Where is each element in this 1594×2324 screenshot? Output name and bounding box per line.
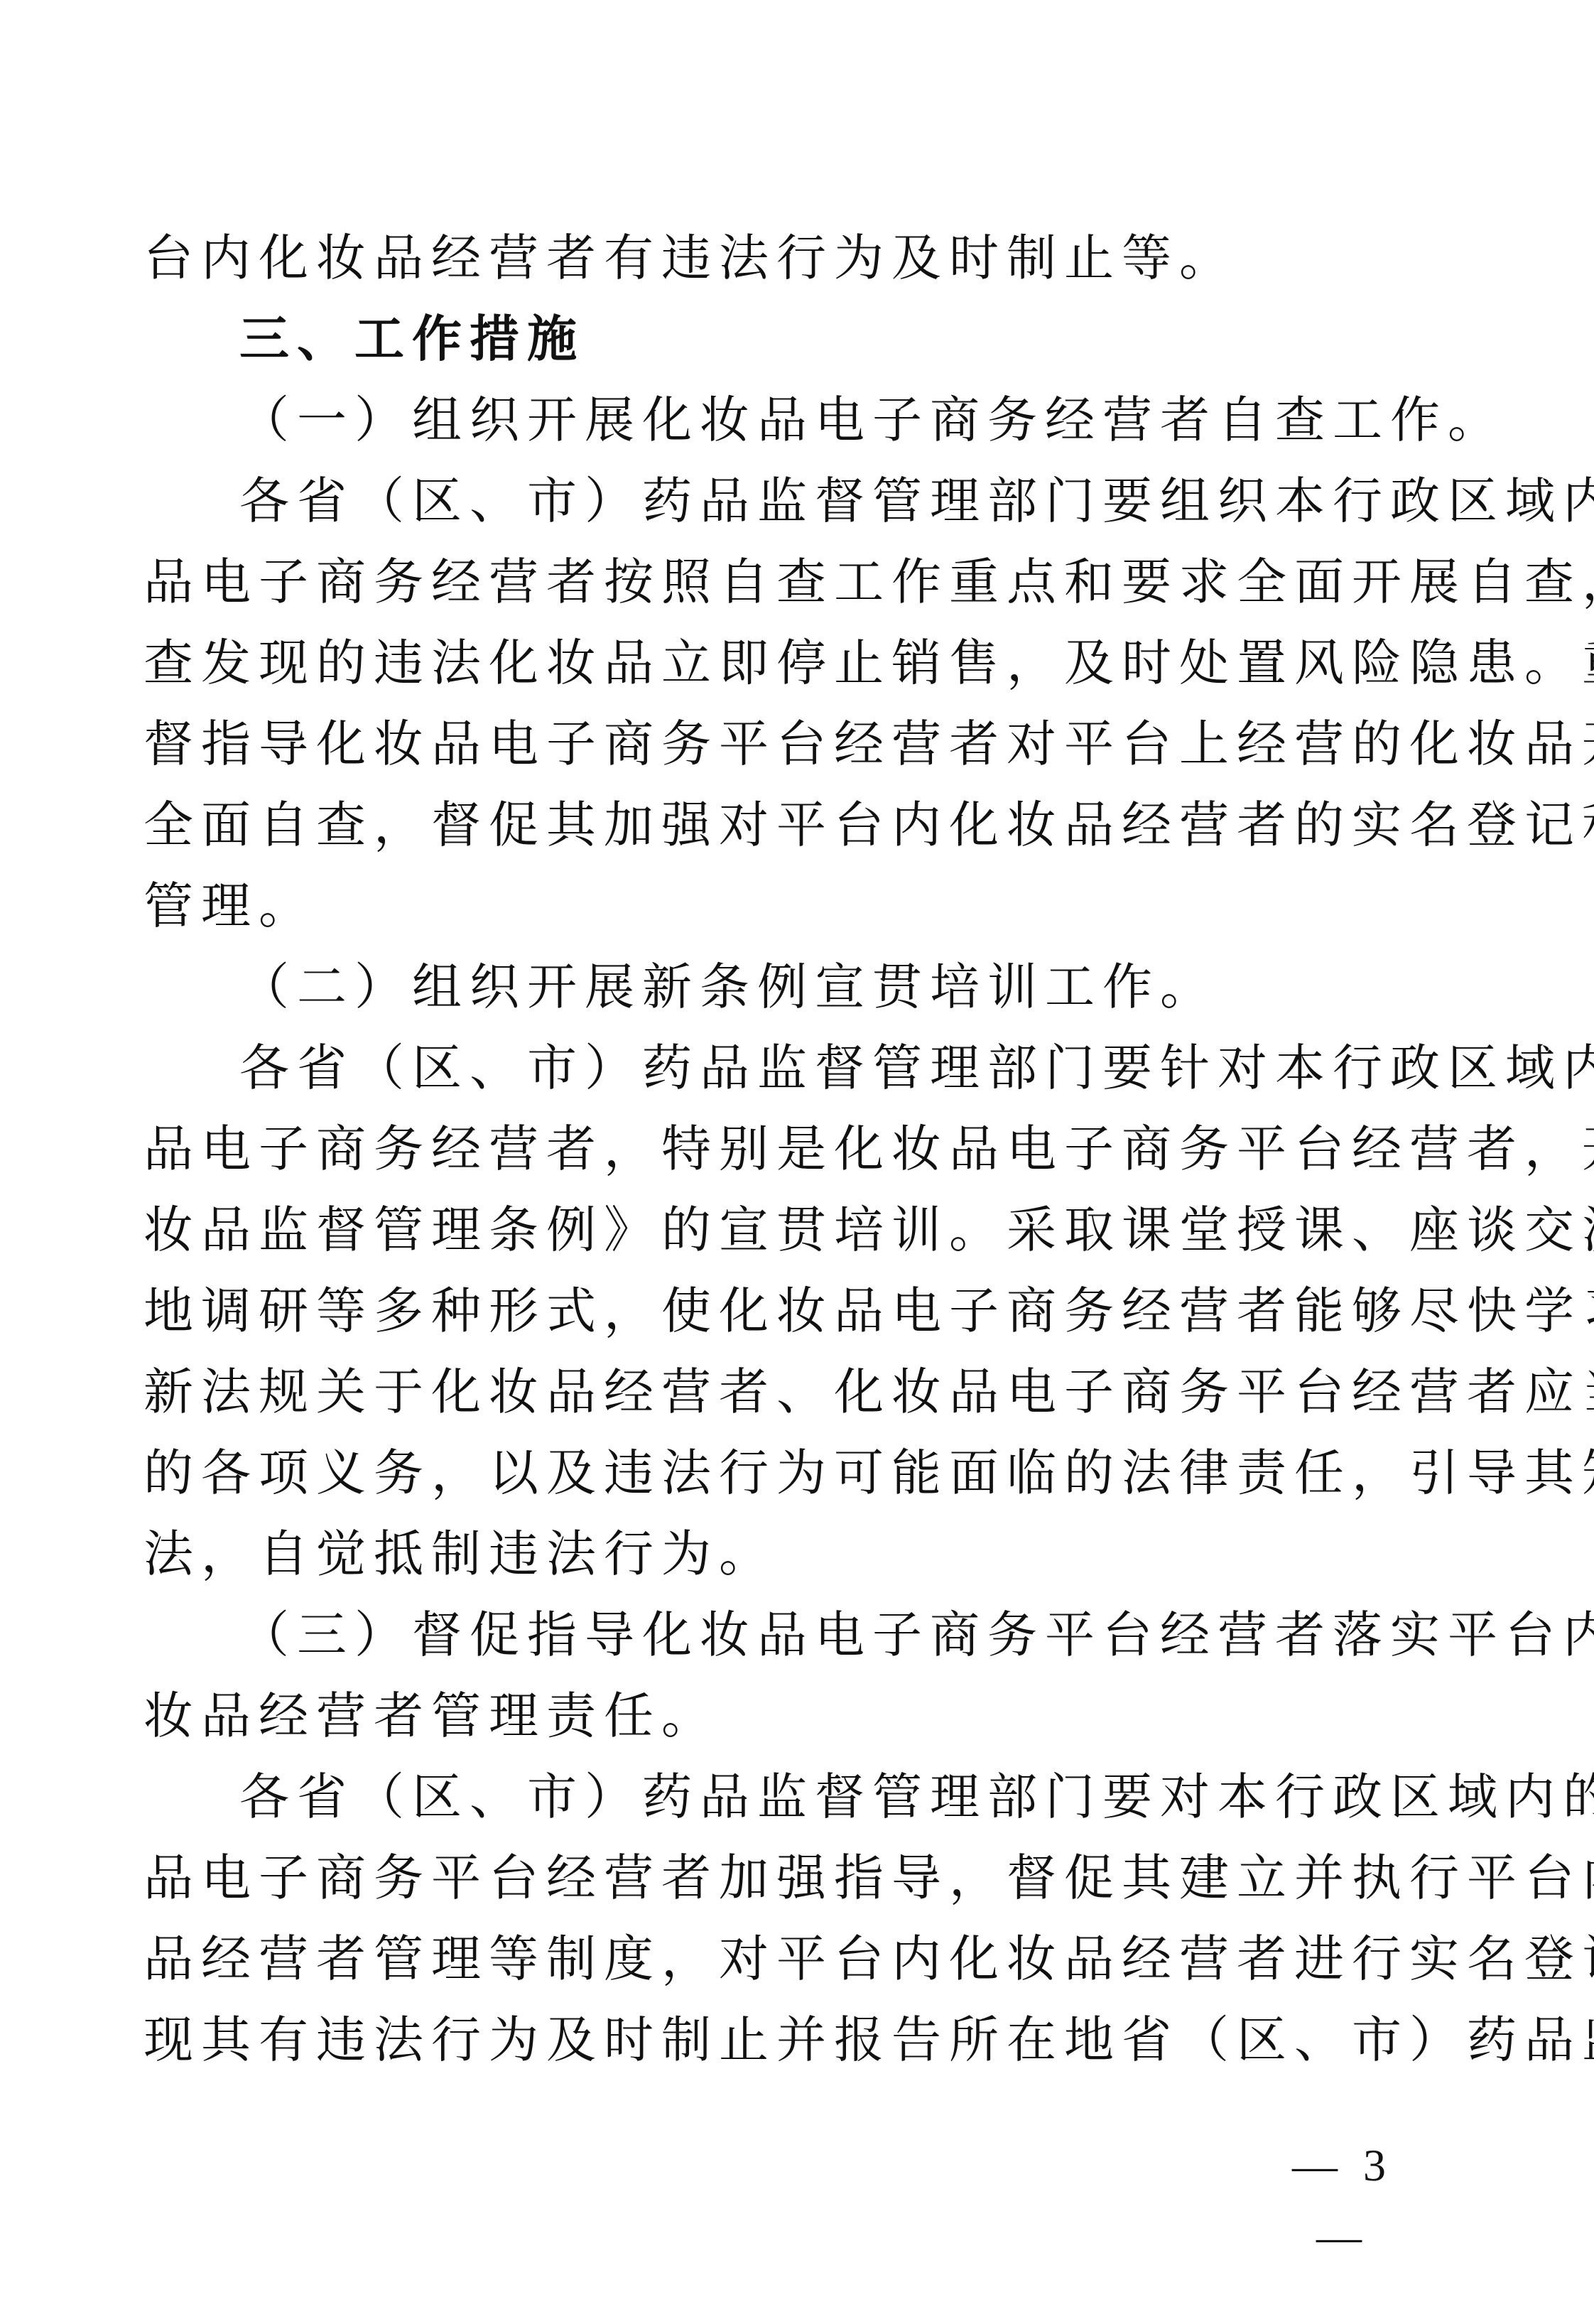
page-number: — 3 — [1264, 2130, 1421, 2201]
document-page: 台内化妆品经营者有违法行为及时制止等。 三、工作措施 （一）组织开展化妆品电子商… [0, 0, 1594, 2324]
body-text: 台内化妆品经营者有违法行为及时制止等。 三、工作措施 （一）组织开展化妆品电子商… [143, 217, 1442, 2080]
text-line: 查发现的违法化妆品立即停止销售，及时处置风险隐患。重点监 [143, 622, 1442, 703]
text-line: 现其有违法行为及时制止并报告所在地省（区、市）药品监督管 [143, 1999, 1442, 2080]
text-line: 各省（区、市）药品监督管理部门要对本行政区域内的化妆 [143, 1756, 1442, 1837]
text-line: 新法规关于化妆品经营者、化妆品电子商务平台经营者应当承担 [143, 1351, 1442, 1432]
subsection-heading: （一）组织开展化妆品电子商务经营者自查工作。 [143, 379, 1442, 460]
text-line: 法，自觉抵制违法行为。 [143, 1513, 1442, 1594]
subsection-heading: （二）组织开展新条例宣贯培训工作。 [143, 946, 1442, 1027]
section-heading: 三、工作措施 [143, 298, 1442, 379]
subsection-heading: （三）督促指导化妆品电子商务平台经营者落实平台内化 [143, 1594, 1442, 1675]
text-line: 品电子商务经营者，特别是化妆品电子商务平台经营者，开展《化 [143, 1108, 1442, 1189]
text-line: 地调研等多种形式，使化妆品电子商务经营者能够尽快学习掌握 [143, 1270, 1442, 1351]
text-line: 的各项义务，以及违法行为可能面临的法律责任，引导其知法守 [143, 1432, 1442, 1513]
text-line: 督指导化妆品电子商务平台经营者对平台上经营的化妆品开展 [143, 703, 1442, 784]
text-line: 品电子商务经营者按照自查工作重点和要求全面开展自查，对自 [143, 541, 1442, 622]
text-line: 各省（区、市）药品监督管理部门要组织本行政区域内化妆 [143, 460, 1442, 541]
text-line: 管理。 [143, 865, 1442, 946]
text-line: 台内化妆品经营者有违法行为及时制止等。 [143, 217, 1442, 298]
text-line: 品电子商务平台经营者加强指导，督促其建立并执行平台内化妆 [143, 1837, 1442, 1918]
text-line: 妆品经营者管理责任。 [143, 1675, 1442, 1756]
text-line: 妆品监督管理条例》的宣贯培训。采取课堂授课、座谈交流、实 [143, 1189, 1442, 1270]
text-line: 全面自查，督促其加强对平台内化妆品经营者的实名登记和日常 [143, 784, 1442, 865]
text-line: 各省（区、市）药品监督管理部门要针对本行政区域内化妆 [143, 1027, 1442, 1108]
text-line: 品经营者管理等制度，对平台内化妆品经营者进行实名登记，发 [143, 1918, 1442, 1999]
